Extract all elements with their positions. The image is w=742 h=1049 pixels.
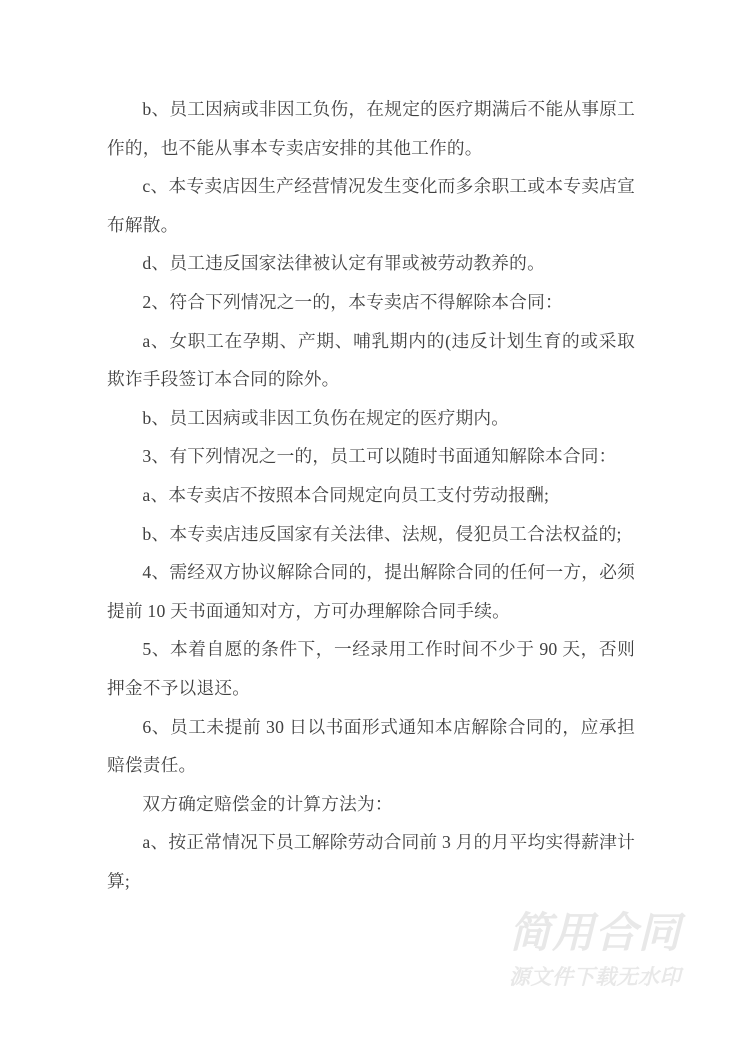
paragraph: 4、需经双方协议解除合同的，提出解除合同的任何一方，必须提前 10 天书面通知对… — [107, 553, 635, 630]
document-body: b、员工因病或非因工负伤，在规定的医疗期满后不能从事原工作的，也不能从事本专卖店… — [107, 90, 635, 900]
paragraph: 3、有下列情况之一的，员工可以随时书面通知解除本合同： — [107, 437, 635, 476]
watermark-title: 简用合同 — [509, 910, 681, 956]
watermark: 简用合同 源文件下载无水印 — [509, 910, 681, 991]
paragraph: 6、员工未提前 30 日以书面形式通知本店解除合同的，应承担赔偿责任。 — [107, 708, 635, 785]
paragraph: b、员工因病或非因工负伤，在规定的医疗期满后不能从事原工作的，也不能从事本专卖店… — [107, 90, 635, 167]
paragraph: a、按正常情况下员工解除劳动合同前 3 月的月平均实得薪津计算; — [107, 823, 635, 900]
paragraph: 5、本着自愿的条件下，一经录用工作时间不少于 90 天，否则押金不予以退还。 — [107, 630, 635, 707]
paragraph: 2、符合下列情况之一的，本专卖店不得解除本合同： — [107, 283, 635, 322]
paragraph: 双方确定赔偿金的计算方法为： — [107, 785, 635, 824]
document-page: b、员工因病或非因工负伤，在规定的医疗期满后不能从事原工作的，也不能从事本专卖店… — [0, 0, 742, 1049]
paragraph: b、员工因病或非因工负伤在规定的医疗期内。 — [107, 399, 635, 438]
watermark-subtitle: 源文件下载无水印 — [509, 961, 681, 991]
paragraph: d、员工违反国家法律被认定有罪或被劳动教养的。 — [107, 244, 635, 283]
paragraph: b、本专卖店违反国家有关法律、法规，侵犯员工合法权益的; — [107, 515, 635, 554]
paragraph: a、女职工在孕期、产期、哺乳期内的(违反计划生育的或采取欺诈手段签订本合同的除外… — [107, 322, 635, 399]
paragraph: a、本专卖店不按照本合同规定向员工支付劳动报酬; — [107, 476, 635, 515]
paragraph: c、本专卖店因生产经营情况发生变化而多余职工或本专卖店宣布解散。 — [107, 167, 635, 244]
